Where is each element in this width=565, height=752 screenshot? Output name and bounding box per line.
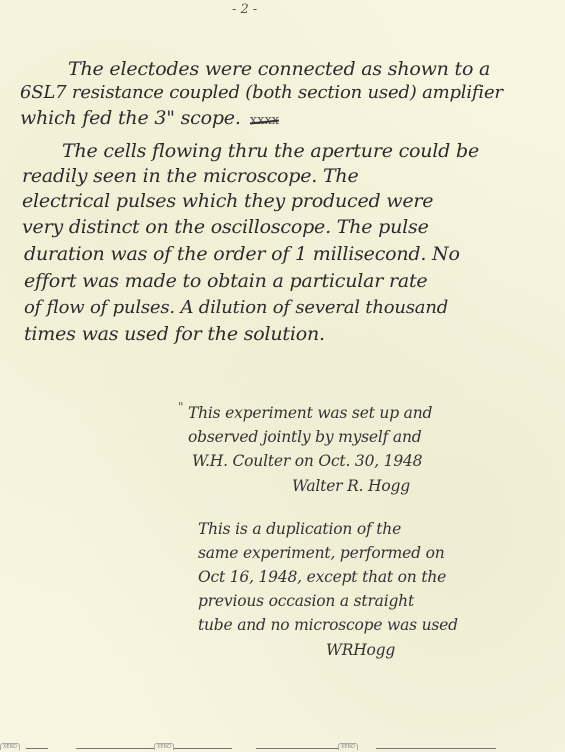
main-text-line-7: very distinct on the oscilloscope. The p… [22, 216, 429, 238]
note1-line-3: W.H. Coulter on Oct. 30, 1948 [192, 452, 422, 470]
struck-word: xxxx [250, 113, 279, 128]
note2-signature: WRHogg [326, 641, 395, 659]
main-text-line-3: which fed the 3" scope. [20, 107, 241, 129]
xerox-mark: XERO [154, 743, 174, 750]
main-text-line-5: readily seen in the microscope. The [22, 165, 359, 187]
document-page: - 2 - The electodes were connected as sh… [0, 0, 565, 752]
main-text-line-1: The electodes were connected as shown to… [68, 58, 490, 80]
main-text-line-2: 6SL7 resistance coupled (both section us… [20, 82, 503, 103]
footer-rule [174, 748, 232, 749]
note2-line-5: tube and no microscope was used [198, 616, 458, 634]
note1-signature: Walter R. Hogg [292, 477, 410, 495]
main-text-line-11: times was used for the solution. [24, 323, 325, 345]
note2-line-1: This is a duplication of the [198, 520, 401, 538]
footer-rule [256, 748, 338, 749]
main-text-line-6: electrical pulses which they produced we… [22, 190, 433, 212]
main-text-line-3-wrap: which fed the 3" scope. xxxx [20, 107, 279, 129]
xerox-mark: XERO [338, 743, 358, 750]
main-text-line-9: effort was made to obtain a particular r… [24, 270, 427, 292]
note2-line-2: same experiment, performed on [198, 544, 445, 562]
main-text-line-4: The cells flowing thru the aperture coul… [62, 140, 479, 162]
note1-line-1: This experiment was set up and [188, 404, 432, 422]
footer-rule [76, 748, 154, 749]
footer-rule [376, 748, 496, 749]
main-text-line-5-wrap: readily seen in the microscope. The [22, 165, 359, 187]
note2-line-3: Oct 16, 1948, except that on the [198, 568, 446, 586]
main-text-line-10: of flow of pulses. A dilution of several… [24, 297, 448, 318]
quote-mark: " [178, 400, 184, 414]
page-number: - 2 - [232, 2, 257, 17]
note2-line-4: previous occasion a straight [198, 592, 414, 610]
note1-line-2: observed jointly by myself and [188, 428, 421, 446]
footer-rule [26, 748, 48, 749]
xerox-mark: XERO [0, 743, 20, 750]
main-text-line-8: duration was of the order of 1 milliseco… [24, 243, 460, 265]
